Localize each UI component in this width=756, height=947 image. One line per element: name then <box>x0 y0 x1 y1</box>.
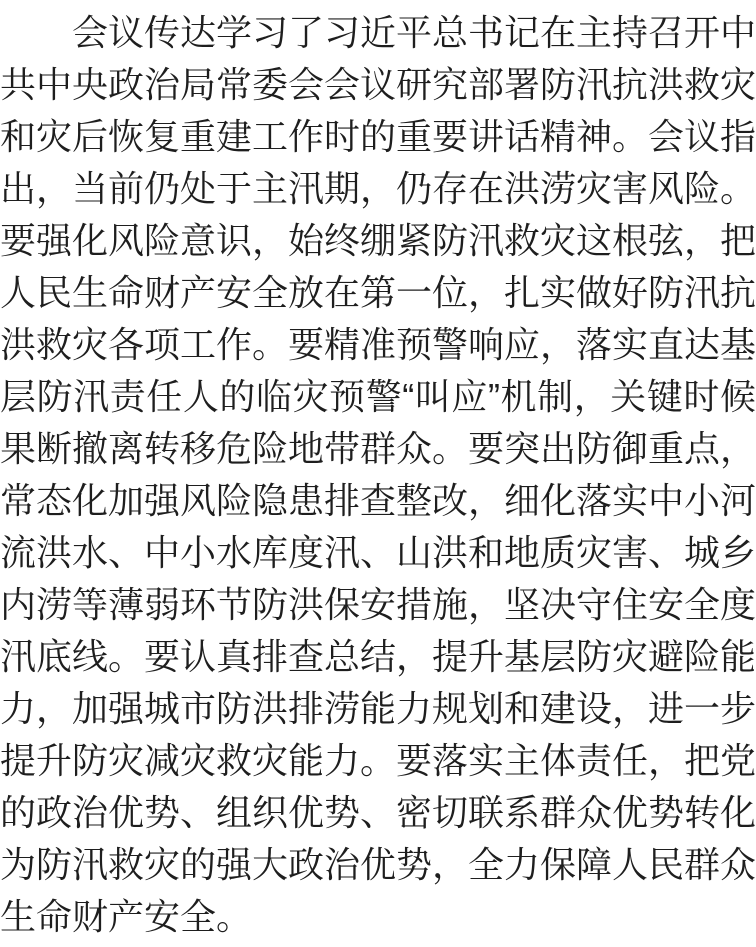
text-line: 层防汛责任人的临灾预警“叫应”机制，关键时候 <box>0 371 756 423</box>
text-line: 内涝等薄弱环节防洪保安措施，坚决守住安全度 <box>0 579 756 631</box>
text-line: 会议传达学习了习近平总书记在主持召开中 <box>0 7 756 59</box>
text-line: 常态化加强风险隐患排查整改，细化落实中小河 <box>0 475 756 527</box>
text-line: 汛底线。要认真排查总结，提升基层防灾避险能 <box>0 631 756 683</box>
paragraph-flood-control-meeting-text: 会议传达学习了习近平总书记在主持召开中共中央政治局常委会会议研究部署防汛抗洪救灾… <box>0 0 756 943</box>
document-page: 会议传达学习了习近平总书记在主持召开中共中央政治局常委会会议研究部署防汛抗洪救灾… <box>0 0 756 947</box>
text-line: 提升防灾减灾救灾能力。要落实主体责任，把党 <box>0 735 756 787</box>
text-line: 果断撤离转移危险地带群众。要突出防御重点， <box>0 423 756 475</box>
text-line: 力，加强城市防洪排涝能力规划和建设，进一步 <box>0 683 756 735</box>
text-line: 生命财产安全。 <box>0 891 756 943</box>
text-line: 的政治优势、组织优势、密切联系群众优势转化 <box>0 787 756 839</box>
text-line: 流洪水、中小水库度汛、山洪和地质灾害、城乡 <box>0 527 756 579</box>
text-line: 要强化风险意识，始终绷紧防汛救灾这根弦，把 <box>0 215 756 267</box>
text-line: 洪救灾各项工作。要精准预警响应，落实直达基 <box>0 319 756 371</box>
text-line: 出，当前仍处于主汛期，仍存在洪涝灾害风险。 <box>0 163 756 215</box>
text-line: 共中央政治局常委会会议研究部署防汛抗洪救灾 <box>0 59 756 111</box>
text-line: 人民生命财产安全放在第一位，扎实做好防汛抗 <box>0 267 756 319</box>
text-line: 为防汛救灾的强大政治优势，全力保障人民群众 <box>0 839 756 891</box>
text-line: 和灾后恢复重建工作时的重要讲话精神。会议指 <box>0 111 756 163</box>
